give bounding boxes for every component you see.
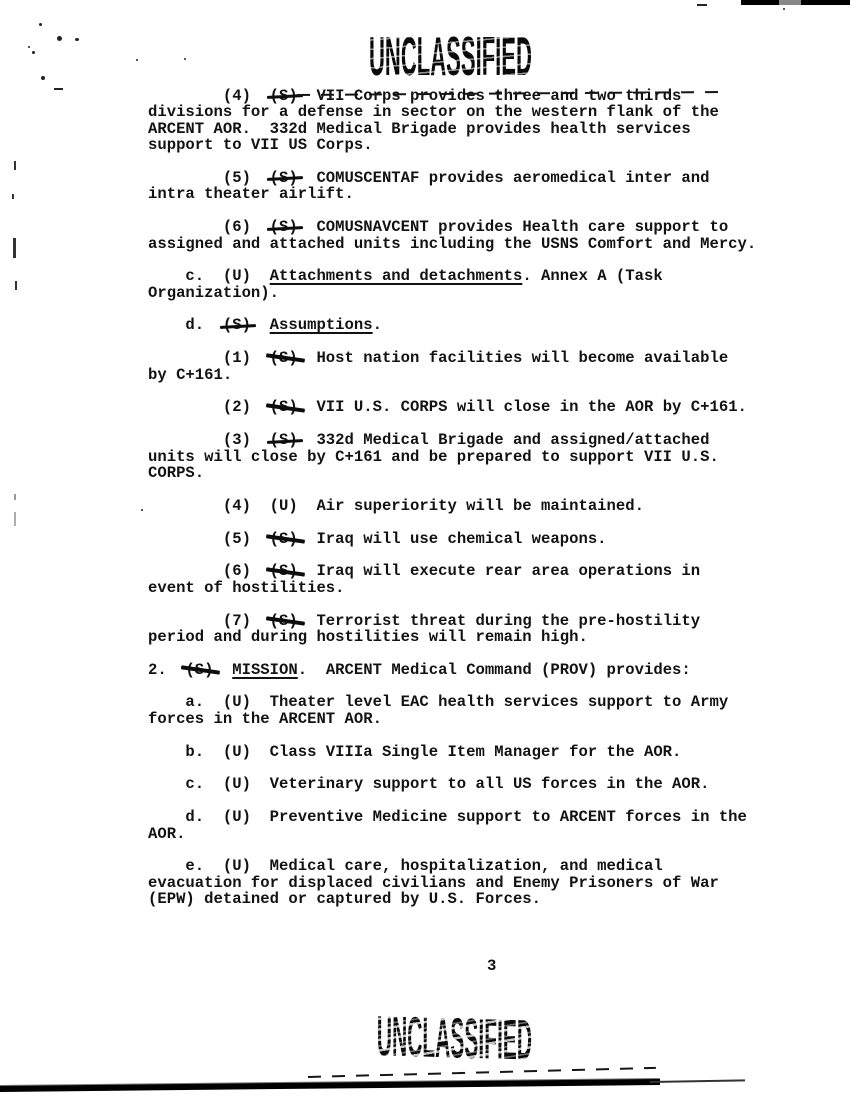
text-line: (2) (S) VII U.S. CORPS will close in the… bbox=[148, 399, 810, 415]
paragraph: a. (U) Theater level EAC health services… bbox=[148, 694, 810, 727]
text-line: AOR. bbox=[148, 826, 810, 842]
text-line: evacuation for displaced civilians and E… bbox=[148, 875, 810, 891]
text-line: (7) (S) Terrorist threat during the pre-… bbox=[148, 613, 810, 629]
text-line: intra theater airlift. bbox=[148, 186, 810, 202]
text-line: units will close by C+161 and be prepare… bbox=[148, 449, 810, 465]
text-line: (EPW) detained or captured by U.S. Force… bbox=[148, 891, 810, 907]
text-line: d. (U) Preventive Medicine support to AR… bbox=[148, 809, 810, 825]
paragraph: (7) (S) Terrorist threat during the pre-… bbox=[148, 613, 810, 646]
text-line: by C+161. bbox=[148, 367, 810, 383]
struck-classification-marker: (S) bbox=[270, 350, 298, 366]
scan-speck bbox=[184, 58, 186, 60]
struck-classification-marker: (S) bbox=[270, 613, 298, 629]
paragraph: (4) (U) Air superiority will be maintain… bbox=[148, 498, 810, 514]
unclassified-stamp-top: UNCLASSIFIED bbox=[369, 27, 532, 89]
underlined-heading: Assumptions bbox=[270, 316, 373, 334]
scan-bottom-line-tail bbox=[650, 1079, 745, 1083]
text-line: a. (U) Theater level EAC health services… bbox=[148, 694, 810, 710]
document-body: (4) (S) VII Corps provides three and two… bbox=[148, 88, 810, 924]
scan-edge-tick bbox=[14, 494, 16, 500]
scan-speck bbox=[136, 59, 138, 61]
text-line: Organization). bbox=[148, 285, 810, 301]
struck-classification-marker: (S) bbox=[270, 170, 298, 186]
struck-classification-marker: (S) bbox=[270, 88, 298, 104]
paragraph: c. (U) Veterinary support to all US forc… bbox=[148, 776, 810, 792]
text-line: c. (U) Veterinary support to all US forc… bbox=[148, 776, 810, 792]
unclassified-stamp-bottom: UNCLASSIFIED bbox=[377, 1005, 532, 1074]
struck-classification-marker: (S) bbox=[185, 662, 213, 678]
paragraph: (6) (S) COMUSNAVCENT provides Health car… bbox=[148, 219, 810, 252]
underlined-heading: MISSION bbox=[232, 661, 298, 679]
struck-classification-marker: (S) bbox=[270, 399, 298, 415]
paragraph: d. (U) Preventive Medicine support to AR… bbox=[148, 809, 810, 842]
paragraph: b. (U) Class VIIIa Single Item Manager f… bbox=[148, 744, 810, 760]
text-line: (6) (S) Iraq will execute rear area oper… bbox=[148, 563, 810, 579]
struck-classification-marker: (S) bbox=[270, 531, 298, 547]
text-line: divisions for a defense in sector on the… bbox=[148, 104, 810, 120]
text-line: (6) (S) COMUSNAVCENT provides Health car… bbox=[148, 219, 810, 235]
text-line: assigned and attached units including th… bbox=[148, 236, 810, 252]
paragraph: (2) (S) VII U.S. CORPS will close in the… bbox=[148, 399, 810, 415]
struck-classification-marker: (S) bbox=[270, 219, 298, 235]
scan-edge-tick bbox=[14, 161, 16, 170]
scan-edge-tick bbox=[15, 281, 17, 290]
scan-speck bbox=[783, 8, 785, 10]
scan-speck bbox=[41, 76, 45, 80]
scan-edge-tick bbox=[12, 194, 14, 199]
struck-classification-marker: (S) bbox=[270, 432, 298, 448]
text-line: support to VII US Corps. bbox=[148, 137, 810, 153]
struck-classification-marker: (S) bbox=[223, 317, 251, 333]
scan-edge-tick bbox=[14, 512, 16, 526]
paragraph: (4) (S) VII Corps provides three and two… bbox=[148, 88, 810, 154]
text-line: (3) (S) 332d Medical Brigade and assigne… bbox=[148, 432, 810, 448]
scan-speck-dash bbox=[54, 88, 63, 90]
text-line: d. (S) Assumptions. bbox=[148, 317, 810, 333]
scan-speck bbox=[39, 23, 42, 26]
text-line: 2. (S) MISSION. ARCENT Medical Command (… bbox=[148, 662, 810, 678]
text-line: (1) (S) Host nation facilities will beco… bbox=[148, 350, 810, 366]
text-line: ARCENT AOR. 332d Medical Brigade provide… bbox=[148, 121, 810, 137]
paragraph: 2. (S) MISSION. ARCENT Medical Command (… bbox=[148, 662, 810, 678]
paragraph: e. (U) Medical care, hospitalization, an… bbox=[148, 858, 810, 907]
text-line: c. (U) Attachments and detachments. Anne… bbox=[148, 268, 810, 284]
paragraph: (5) (S) COMUSCENTAF provides aeromedical… bbox=[148, 170, 810, 203]
text-line: event of hostilities. bbox=[148, 580, 810, 596]
scan-speck bbox=[75, 38, 79, 41]
text-line: (5) (S) COMUSCENTAF provides aeromedical… bbox=[148, 170, 810, 186]
struck-classification-marker: (S) bbox=[270, 563, 298, 579]
scan-speck bbox=[141, 509, 143, 511]
text-line: (4) (U) Air superiority will be maintain… bbox=[148, 498, 810, 514]
scan-speck bbox=[28, 46, 30, 48]
text-line: CORPS. bbox=[148, 465, 810, 481]
scan-speck bbox=[57, 36, 62, 41]
scan-edge-tick bbox=[13, 238, 16, 258]
text-line: b. (U) Class VIIIa Single Item Manager f… bbox=[148, 744, 810, 760]
paragraph: d. (S) Assumptions. bbox=[148, 317, 810, 333]
paragraph: (1) (S) Host nation facilities will beco… bbox=[148, 350, 810, 383]
text-line: (5) (S) Iraq will use chemical weapons. bbox=[148, 531, 810, 547]
paragraph: (3) (S) 332d Medical Brigade and assigne… bbox=[148, 432, 810, 481]
paragraph: (6) (S) Iraq will execute rear area oper… bbox=[148, 563, 810, 596]
scan-mark-top-right-dash bbox=[697, 4, 707, 6]
text-line: period and during hostilities will remai… bbox=[148, 629, 810, 645]
text-line: forces in the ARCENT AOR. bbox=[148, 711, 810, 727]
scan-bottom-thick-line bbox=[0, 1079, 660, 1092]
scan-mark-top-right-bar bbox=[741, 0, 850, 5]
scan-speck bbox=[32, 51, 35, 54]
text-line: e. (U) Medical care, hospitalization, an… bbox=[148, 858, 810, 874]
page-number: 3 bbox=[487, 957, 496, 975]
underlined-heading: Attachments and detachments bbox=[270, 267, 523, 285]
paragraph: c. (U) Attachments and detachments. Anne… bbox=[148, 268, 810, 301]
paragraph: (5) (S) Iraq will use chemical weapons. bbox=[148, 531, 810, 547]
